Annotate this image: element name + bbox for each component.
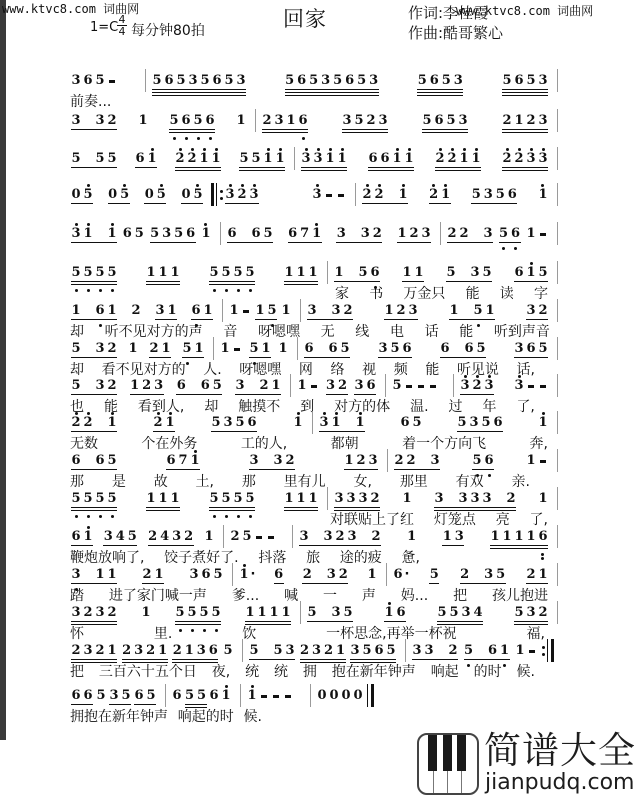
note-group: 532 (70, 341, 118, 357)
beam-line (342, 129, 388, 130)
note: 3 (346, 529, 358, 545)
lyric-word: 旅 (306, 550, 320, 566)
note: 5 (537, 341, 549, 357)
note-group: 6611 (367, 151, 415, 167)
beam-line (457, 431, 503, 432)
note: 3 (537, 73, 549, 89)
note: 5 (94, 491, 106, 507)
note: 5 (272, 643, 284, 659)
note-group: 1 (525, 226, 549, 242)
beam-line (225, 203, 259, 204)
note-spacing (451, 341, 463, 357)
lyric-word: 亮 (496, 512, 510, 528)
octave-dot-low (302, 137, 305, 140)
beam-line (502, 92, 548, 93)
beam-line (301, 167, 347, 168)
note: 5 (70, 265, 82, 281)
note: 5 (537, 265, 549, 281)
note: 5 (357, 265, 369, 281)
note-group: 3 (513, 378, 549, 394)
measure: 55323213565 (242, 643, 405, 659)
beam-line (526, 583, 548, 584)
dash-note (526, 643, 538, 659)
octave-dot-high (251, 685, 254, 688)
note: 3 (333, 491, 345, 507)
note-group: 5511 (238, 151, 286, 167)
beam-line (175, 624, 221, 625)
beam-line (255, 319, 277, 320)
note: 3 (70, 113, 82, 129)
note: 6 (94, 303, 106, 319)
note: 5 (475, 341, 487, 357)
beam-line (71, 662, 117, 663)
note-group: 332 (306, 303, 354, 319)
beam-line (319, 431, 365, 432)
note: 0 (316, 688, 328, 704)
note: 6 (439, 341, 451, 357)
note: 1 (246, 688, 258, 704)
note-group: 1111 (244, 605, 292, 621)
note: 5 (186, 605, 198, 621)
note-group: 05 (180, 187, 204, 203)
note: 1 (145, 491, 157, 507)
note: 3 (320, 73, 332, 89)
note-spacing (260, 453, 272, 469)
lyric-word: 无数 (70, 436, 98, 452)
octave-dot-low (249, 289, 252, 292)
octave-dot-low (185, 137, 188, 140)
lyric-word: 途的疲 (340, 550, 382, 566)
beam-line (71, 357, 117, 358)
note: 2 (434, 151, 446, 167)
octave-dot-high (151, 148, 154, 151)
lyric-word: 把 (70, 664, 84, 680)
note: 6 (180, 113, 192, 129)
note-group: 1 (235, 113, 247, 129)
beam-line (191, 319, 213, 320)
note: 3 (469, 265, 481, 281)
note: 1 (146, 151, 158, 167)
note-group: 221 (70, 415, 118, 431)
note-group: 223 (393, 453, 441, 469)
beam-line (146, 507, 180, 508)
note-group: 5555 (70, 491, 118, 507)
note-group: 5 (222, 643, 234, 659)
dash-note (231, 341, 243, 357)
beam-line (490, 545, 548, 546)
octave-dot-high (488, 375, 491, 378)
lyric-line: 那是故土,那里有儿女,那里有双亲. (70, 474, 530, 490)
note-spacing (435, 643, 447, 659)
note: 2 (82, 605, 94, 621)
beam-line (169, 129, 215, 130)
octave-dot-high (388, 602, 391, 605)
note: 2 (501, 151, 513, 167)
note: 3 (357, 491, 369, 507)
score-row: 3321565612316352356532123 (0, 113, 640, 129)
note: 3 (70, 226, 82, 242)
lyric-line: 无数个在外务工的人,都朝着一个方向飞奔, (70, 436, 548, 452)
note: 1 (413, 265, 425, 281)
note-spacing (460, 303, 472, 319)
measure: 1·62321 (232, 567, 386, 583)
note: 2 (258, 378, 270, 394)
octave-dot-high (75, 412, 78, 415)
note-group: 161 (70, 303, 118, 319)
note-spacing (82, 113, 94, 129)
measure: 3323211311116 (292, 529, 557, 545)
note: 5 (210, 415, 222, 431)
note: 6 (287, 226, 299, 242)
note: 5 (266, 303, 278, 319)
note: 2 (229, 529, 241, 545)
note: 0 (70, 187, 82, 203)
note: 3 (70, 73, 82, 89)
octave-dot-high (530, 262, 533, 265)
measure: 0000 (310, 688, 372, 704)
octave-dot-high (169, 412, 172, 415)
note: 6 (344, 73, 356, 89)
note: 3 (248, 453, 260, 469)
lyric-word: 是 (112, 474, 126, 490)
beam-line (417, 92, 463, 93)
octave-dot-high (323, 412, 326, 415)
note: 5 (342, 605, 354, 621)
beam-line (142, 583, 164, 584)
beam-line (442, 545, 464, 546)
beam-line (350, 659, 396, 660)
octave-dot-high (196, 184, 199, 187)
note: 1 (366, 567, 378, 583)
measure: 532123665321 (70, 378, 290, 394)
note: 1 (157, 491, 169, 507)
note-group: 25 (229, 529, 277, 545)
beam-line (239, 167, 285, 168)
octave-dot-low (99, 289, 102, 292)
watermark-right: www.ktvc8.com 词曲网 (456, 4, 593, 18)
beam-line (397, 242, 431, 243)
note-group: 3523 (341, 113, 389, 129)
beam-line (435, 170, 481, 171)
note: 6 (70, 453, 82, 469)
note: 1 (228, 303, 240, 319)
note: 3 (273, 113, 285, 129)
note-group: 111 (145, 265, 181, 281)
note: 3 (341, 113, 353, 129)
note: 3 (468, 415, 480, 431)
note-group: 61 (134, 151, 158, 167)
score-row: 311213651·623216·523521 (0, 567, 640, 583)
note: 3 (525, 303, 537, 319)
note-spacing (94, 226, 106, 242)
dash-note (403, 378, 415, 394)
beam-line (334, 510, 380, 511)
note: 5 (494, 187, 506, 203)
beam-line (460, 583, 506, 584)
octave-dot-high (475, 148, 478, 151)
note-group: 123 (383, 303, 419, 319)
beam-line (302, 583, 348, 584)
note: 3 (429, 453, 441, 469)
note: 1 (270, 378, 282, 394)
note-spacing (82, 453, 94, 469)
note: 1 (440, 187, 452, 203)
beam-line (307, 319, 353, 320)
note-group: 665 (439, 341, 487, 357)
note: 5 (70, 378, 82, 394)
note: 1 (513, 113, 525, 129)
octave-dot-high (335, 412, 338, 415)
lyric-word: 有双 (456, 474, 484, 490)
note-spacing (82, 567, 94, 583)
note: 5 (199, 73, 211, 89)
beam-line (514, 357, 548, 358)
note: 5 (210, 605, 222, 621)
note: 6 (94, 453, 106, 469)
lyric-word: 能 (466, 286, 480, 302)
note: 1 (94, 567, 106, 583)
note: 1 (333, 265, 345, 281)
note-spacing (475, 643, 487, 659)
note: 5 (463, 643, 475, 659)
note-group: 2211 (174, 151, 222, 167)
octave-dot-high (329, 148, 332, 151)
note: 3 (411, 643, 423, 659)
note-group: 123 (396, 226, 432, 242)
time-signature: 4 4 (117, 14, 127, 37)
note-group: 151 (448, 303, 496, 319)
note-group: 1 (127, 341, 139, 357)
note: 5 (481, 265, 493, 281)
note-group: 553 (248, 643, 296, 659)
note: 3 (94, 341, 106, 357)
note: 6 (208, 688, 220, 704)
note-spacing (238, 226, 250, 242)
note: 1 (106, 226, 118, 242)
note: 3 (460, 605, 472, 621)
note: 5 (471, 453, 483, 469)
note-spacing (318, 605, 330, 621)
beam-line (185, 704, 207, 705)
note: 2 (141, 378, 153, 394)
measure: 25 (223, 529, 292, 545)
note: 3 (359, 226, 371, 242)
note: 3 (513, 378, 525, 394)
measure: 3325611 (405, 643, 552, 659)
beam-line (71, 621, 117, 622)
note: 5 (95, 688, 107, 704)
note: 5 (262, 226, 274, 242)
note: 6 (246, 415, 258, 431)
octave-dot-high (366, 184, 369, 187)
dash-note (270, 688, 282, 704)
note-group: 1 (537, 187, 549, 203)
note: 1 (145, 265, 157, 281)
note: 1 (129, 378, 141, 394)
beam-line (336, 242, 382, 243)
note: 1 (470, 151, 482, 167)
barline (557, 601, 558, 624)
note-group: 5653 (416, 73, 464, 89)
score-row: 16123161115133212315132 (0, 303, 640, 319)
note-spacing (470, 226, 482, 242)
note: 5 (145, 688, 157, 704)
composer-credit: 作曲:酷哥繁心 (408, 22, 503, 43)
beam-line (249, 469, 295, 470)
measure: 3311661122112233 (294, 151, 557, 167)
note-group: 2321 (299, 643, 347, 659)
lyric-word: 爹... (232, 588, 259, 604)
note-group: 11116 (489, 529, 549, 545)
beam-line (150, 242, 196, 243)
lyric-word: 都朝 (331, 436, 359, 452)
lyric-word: 三百六十五个日 (99, 664, 197, 680)
note: 3 (70, 567, 82, 583)
lyric-line: 对联贴上了红灯笼点亮了, (330, 512, 548, 528)
note: 5 (470, 187, 482, 203)
beam-line (502, 132, 548, 133)
barline (557, 411, 558, 434)
measure: 535165534532 (300, 605, 557, 621)
dash-note (253, 529, 265, 545)
beam-line (412, 659, 458, 660)
note: 5 (223, 73, 235, 89)
octave-dot-low (87, 289, 90, 292)
note-group: 2432 (147, 529, 195, 545)
note-spacing (445, 491, 457, 507)
octave-dot-high (157, 412, 160, 415)
note: 5 (445, 265, 457, 281)
beam-line (71, 167, 117, 168)
octave-dot-high (279, 148, 282, 151)
note: 5 (501, 73, 513, 89)
note: 6 (367, 151, 379, 167)
octave-dot-high (451, 148, 454, 151)
note-group: 5356 (210, 415, 258, 431)
beam-line (334, 507, 380, 508)
note: 5 (234, 415, 246, 431)
lyric-word: 候. (244, 709, 262, 725)
note-group: 11 (401, 265, 425, 281)
note: 3 (133, 643, 145, 659)
note: 1 (403, 151, 415, 167)
lyric-word: 那 (242, 474, 256, 490)
note: 5 (416, 73, 428, 89)
beam-line (182, 357, 204, 358)
measure: 6653565 (70, 688, 165, 704)
note: 3 (482, 226, 494, 242)
note: 2 (284, 453, 296, 469)
note: 6 (487, 643, 499, 659)
note-group: 05 (107, 187, 131, 203)
measure: 665671332123 (220, 226, 440, 242)
beam-line (299, 545, 381, 546)
note-group: 345 (102, 529, 138, 545)
note: 3 (70, 605, 82, 621)
note: 1 (169, 265, 181, 281)
note-spacing (82, 151, 94, 167)
beam-line (350, 662, 396, 663)
octave-dot-high (315, 223, 318, 226)
note: 3 (330, 303, 342, 319)
note-group: 3311 (300, 151, 348, 167)
note: 5 (498, 226, 510, 242)
note-spacing (310, 529, 322, 545)
note: 2 (525, 113, 537, 129)
note-group: 13 (441, 529, 465, 545)
octave-dot-low (213, 515, 216, 518)
measure: 223561 (440, 226, 557, 242)
note: 3 (102, 529, 114, 545)
note: 3 (459, 378, 471, 394)
note-group: 31 (154, 303, 178, 319)
note: 5 (94, 151, 106, 167)
note: 6 (207, 643, 219, 659)
note: 1 (537, 187, 549, 203)
note: 5 (248, 341, 260, 357)
note: 5 (308, 73, 320, 89)
note: 5 (94, 73, 106, 89)
note: 2 (393, 453, 405, 469)
octave-dot-low (209, 137, 212, 140)
score-row: 3232155551111535165534532 (0, 605, 640, 621)
note: 5 (284, 73, 296, 89)
note: 1 (458, 151, 470, 167)
lyric-line: 踏进了家门喊一声爹...喊一声妈...把孩儿抱进 (70, 588, 548, 604)
beam-line (449, 319, 495, 320)
note: 6 (297, 113, 309, 129)
lyric-word: 一 (323, 588, 337, 604)
note: 2 (342, 303, 354, 319)
note: 6 (134, 151, 146, 167)
note: 2 (405, 453, 417, 469)
note: 1 (254, 303, 266, 319)
beam-line (175, 170, 221, 171)
octave-dot-high (87, 412, 90, 415)
beam-line (71, 545, 93, 546)
note: 1 (343, 453, 355, 469)
note: 1 (274, 151, 286, 167)
note: 6 (175, 378, 187, 394)
beam-line (245, 624, 291, 625)
note-group: 05 (70, 187, 94, 203)
beam-line (300, 659, 346, 660)
lyric-word: 惫, (402, 550, 420, 566)
octave-dot-high (317, 148, 320, 151)
note: 5 (126, 529, 138, 545)
note-group: 123 (343, 453, 379, 469)
note: 1 (525, 529, 537, 545)
note-group: 65 (121, 226, 145, 242)
augmentation-dot: · (250, 567, 256, 583)
lyric-word: 踏 (70, 588, 84, 604)
note: 6 (199, 378, 211, 394)
note: 1 (157, 643, 169, 659)
note: 2 (106, 605, 118, 621)
beam-line (284, 510, 318, 511)
octave-dot-low (541, 557, 544, 560)
beam-line (344, 469, 378, 470)
note-spacing (187, 378, 199, 394)
measure: 2316352356532123 (255, 113, 557, 129)
beam-line (71, 431, 117, 432)
octave-dot-low (225, 515, 228, 518)
note-group: 555 (70, 151, 118, 167)
note-group: 0000 (316, 688, 364, 704)
repeat-end-barline (551, 639, 554, 662)
note: 1 (166, 303, 178, 319)
lyric-word: 呀嗯嘿 (258, 324, 300, 340)
